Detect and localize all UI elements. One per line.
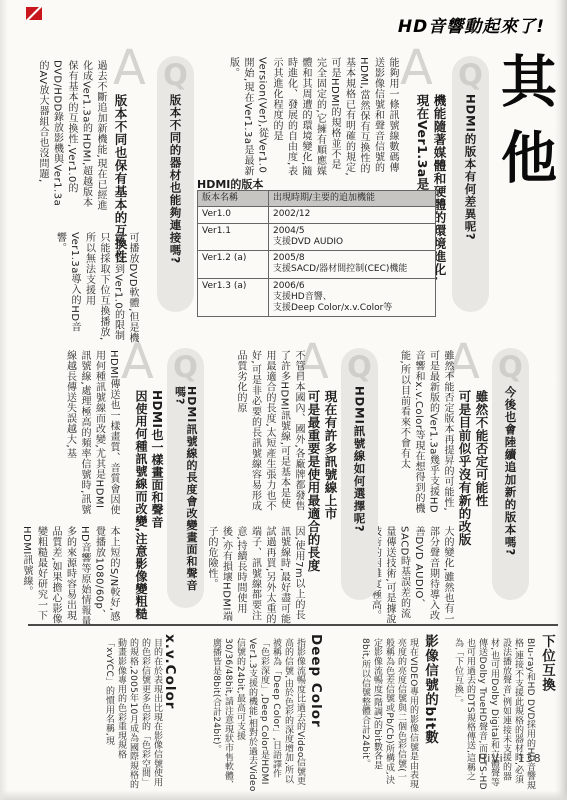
glossary-body: Blu-ray和HD DVD採用的HD音響規格,連接不支援此規格的器材時,必須設… bbox=[452, 638, 536, 790]
answer-body: 能夠用一條訊號線數碼傳送影像信號和聲音信號的HDMI,當然保有互換性的基本規格已… bbox=[225, 57, 399, 177]
question-capsule: Q HDMI訊號線如何選擇呢? bbox=[341, 348, 378, 600]
section-title: 其他 bbox=[496, 52, 552, 262]
version-cell: Ver1.1 bbox=[198, 223, 269, 251]
table-header-row: 版本名稱 出現時期/主要的追加機能 bbox=[198, 191, 436, 207]
a-badge-icon: A bbox=[400, 44, 433, 92]
glossary-body: 目的在於表現出比現在影像信號使用的色彩信號更多色彩的「色彩空間」的規格,2005… bbox=[103, 638, 163, 793]
version-cell: Ver1.2 (a) bbox=[198, 251, 269, 279]
answer-headline-line: 可是目前似乎沒有新的改版 bbox=[456, 390, 473, 595]
answer-headline-line: 現在有許多訊號線上市 bbox=[322, 390, 339, 605]
table-row: Ver1.1 2004/5 支援DVD AUDIO bbox=[198, 223, 436, 251]
glossary-body: 現在VIDEO專用的影像信號是由表現亮度的亮度信號與二個色彩信號(一般稱為色差信… bbox=[359, 638, 419, 790]
glossary-term: 影像信號的bit數 bbox=[420, 634, 440, 789]
glossary-term: x.v.Color bbox=[162, 634, 178, 789]
table-header-version: 版本名稱 bbox=[198, 191, 269, 207]
table-row: Ver1.0 2002/12 bbox=[198, 207, 436, 223]
answer-body: 大的變化,雖然也有一部分聲音期待導入改善DVD AUDIO、SACD時基誤差的流… bbox=[367, 526, 454, 626]
question-capsule: Q HDMI的版本有何差異呢? bbox=[452, 56, 489, 312]
answer-headline-line: 可是最重要是使用最適合的長度 bbox=[305, 390, 322, 605]
glossary-body: 指影像流暢度比過去的Video信號更高的信號,由於色彩的深度增加,所以被稱為「D… bbox=[210, 638, 306, 793]
question-text: 今後也會陸續追加新的版本嗎? bbox=[504, 386, 516, 556]
q-badge-icon: Q bbox=[163, 59, 188, 92]
answer-headline: 現在有許多訊號線上市 可是最重要是使用最適合的長度 bbox=[305, 390, 339, 605]
page-number: 138 bbox=[518, 752, 542, 765]
answer-body: HDMI傳送也一樣畫質、音質會因使用何種訊號線而改變,尤其是HDMI訊號線,處理… bbox=[62, 350, 120, 518]
a-badge-icon: A bbox=[113, 44, 146, 92]
answer-headline-line: 因使用何種訊號線而改變,注意影像變粗糙 bbox=[133, 390, 149, 635]
info-cell: 2004/5 支援DVD AUDIO bbox=[269, 223, 436, 251]
question-text: HDMI訊號線的長度會改變畫面和聲音嗎? bbox=[174, 386, 197, 608]
red-logo-mark-icon bbox=[26, 7, 42, 20]
answer-body: 過去不斷追加新機能,現在已經進化成Ver1.3a的HDMI,超越版本保有基本的互… bbox=[35, 60, 108, 212]
answer-body: 本上短的S/N較好,感覺播放1080/60p、HD音響等原始情報量多的來源時容易… bbox=[19, 526, 121, 630]
question-capsule: Q 版本不同的器材也能夠連接嗎? bbox=[157, 56, 194, 312]
table-row: Ver1.2 (a) 2005/8 支援SACD/器材間控制(CEC)機能 bbox=[198, 251, 436, 279]
table-row: Ver1.3 (a) 2006/6 支援HD音響、 支援Deep Color/x… bbox=[198, 278, 436, 317]
q-badge-icon: Q bbox=[347, 351, 372, 384]
page-footer: HiVi138 bbox=[478, 752, 542, 765]
answer-headline-line: HDMI也一樣畫面和聲音 bbox=[149, 390, 165, 635]
info-cell: 2006/6 支援HD音響、 支援Deep Color/x.v.Color等 bbox=[269, 278, 436, 317]
table-header-info: 出現時期/主要的追加機能 bbox=[269, 191, 436, 207]
q-badge-icon: Q bbox=[173, 351, 198, 384]
question-capsule: Q HDMI訊號線的長度會改變畫面和聲音嗎? bbox=[167, 348, 204, 608]
magazine-name: HiVi bbox=[478, 752, 504, 765]
q-badge-icon: Q bbox=[458, 59, 483, 92]
version-cell: Ver1.3 (a) bbox=[198, 278, 269, 317]
info-cell: 2002/12 bbox=[269, 207, 436, 223]
page-edge-left bbox=[0, 0, 8, 800]
answer-body: 因,使用7m以上的長訊號線時,最好盡可能試過再買,另外太重的端子、訊號線都要注意… bbox=[204, 526, 306, 626]
answer-body: 可播放DVD軟體,但是機能上受到Ver1.0的限制只能採取下位互換播放,所以無法… bbox=[52, 232, 139, 344]
answer-headline: 雖然不能否定可能性 可是目前似乎沒有新的改版 bbox=[456, 390, 490, 595]
glossary-term: Deep Color bbox=[308, 634, 324, 789]
section-divider bbox=[28, 624, 558, 626]
question-text: 版本不同的器材也能夠連接嗎? bbox=[169, 94, 181, 264]
answer-headline-line: 雖然不能否定可能性 bbox=[473, 390, 490, 595]
a-badge-icon: A bbox=[121, 338, 154, 386]
answer-body: 不管日本國內、國外,各廠牌都發售了許多HDMI訊號線,可是基本是使用最適合的長度… bbox=[233, 350, 306, 518]
version-cell: Ver1.0 bbox=[198, 207, 269, 223]
hdmi-version-table: 版本名稱 出現時期/主要的追加機能 Ver1.0 2002/12 Ver1.1 … bbox=[197, 190, 436, 317]
magazine-page: HD音響動起來了! 其他 Q HDMI的版本有何差異呢? A 機能隨著媒體和硬體… bbox=[0, 0, 567, 800]
answer-headline: HDMI也一樣畫面和聲音 因使用何種訊號線而改變,注意影像變粗糙 bbox=[133, 390, 165, 635]
answer-body: 雖然不能否定版本再提昇的可能性,可是最新版的Ver1.3a幾乎支援HD音響和x.… bbox=[396, 350, 454, 518]
question-text: HDMI訊號線如何選擇呢? bbox=[353, 386, 365, 533]
page-header-title: HD音響動起來了! bbox=[398, 12, 545, 37]
q-badge-icon: Q bbox=[498, 351, 523, 384]
info-cell: 2005/8 支援SACD/器材間控制(CEC)機能 bbox=[269, 251, 436, 279]
question-text: HDMI的版本有何差異呢? bbox=[464, 94, 476, 241]
question-capsule: Q 今後也會陸續追加新的版本嗎? bbox=[492, 348, 529, 600]
